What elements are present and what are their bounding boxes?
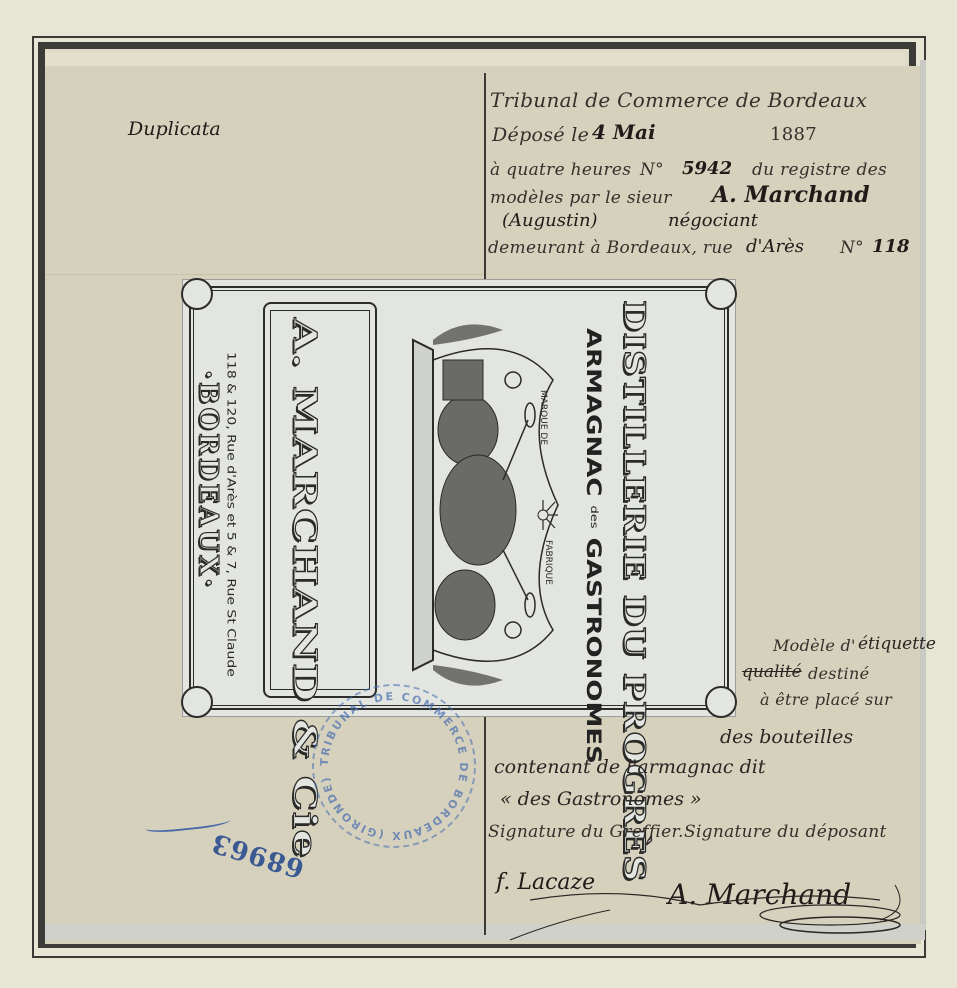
trademark-top-text: MARQUE DE (538, 390, 548, 445)
placed-on-label: à être placé sur (760, 690, 892, 709)
address-street: d'Arès (746, 236, 804, 257)
tribunal-stamp: TRIBUNAL DE COMMERCE DE BORDEAUX (GIROND… (312, 684, 476, 848)
armagnac-label: DISTILLERIE DU PROGRÈS ARMAGNAC des GAST… (182, 279, 736, 717)
stamp-text: TRIBUNAL DE COMMERCE DE BORDEAUX (GIROND… (318, 690, 470, 842)
destined-label: destiné (808, 664, 869, 683)
depositor-trade: négociant (668, 210, 758, 231)
company-address: 118 & 120, Rue d'Arès et 5 & 7, Rue St C… (224, 352, 238, 677)
allegorical-vignette-icon (393, 320, 573, 690)
depositor-given-name: (Augustin) (502, 210, 598, 231)
paper-fold-line (45, 274, 485, 275)
svg-text:TRIBUNAL DE COMMERCE DE BORDEA: TRIBUNAL DE COMMERCE DE BORDEAUX (GIROND… (318, 690, 470, 842)
corner-ornament-icon (705, 278, 737, 310)
containing-text: contenant de l'armagnac dit (494, 756, 765, 778)
register-suffix: du registre des (752, 160, 887, 180)
corner-ornament-icon (181, 278, 213, 310)
corner-ornament-icon (181, 686, 213, 718)
label-subtitle-main: ARMAGNAC (582, 328, 605, 496)
model-qualifier: qualité (742, 662, 802, 682)
model-type: étiquette (858, 634, 936, 654)
label-subtitle-small: des (588, 506, 599, 529)
address-number: 118 (872, 236, 910, 257)
product-name-text: « des Gastronomes » (500, 788, 702, 810)
model-by-label: modèles par le sieur (490, 188, 672, 208)
depositor-name: A. Marchand (712, 182, 870, 208)
deposit-year: 1887 (770, 124, 817, 145)
corner-ornament-icon (705, 686, 737, 718)
label-subtitle: ARMAGNAC des GASTRONOMES (582, 328, 605, 764)
duplicata-annotation: Duplicata (128, 118, 221, 140)
tribunal-title: Tribunal de Commerce de Bordeaux (490, 88, 867, 112)
number-label: N° (640, 160, 664, 180)
address-number-label: N° (840, 238, 864, 258)
right-edge-strip (920, 60, 926, 930)
model-label: Modèle d' (773, 636, 856, 655)
hour-label: à quatre heures (490, 160, 631, 180)
address-label: demeurant à Bordeaux, rue (488, 238, 733, 258)
label-subtitle-end: GASTRONOMES (582, 538, 605, 764)
deposant-signature-label: Signature du déposant (684, 822, 887, 842)
trademark-bottom-text: FABRIQUE (543, 540, 553, 585)
bottles-text: des bouteilles (720, 726, 853, 748)
company-city: ·BORDEAUX· (193, 370, 223, 590)
register-number: 5942 (682, 158, 732, 179)
signature-flourish-icon (500, 880, 920, 950)
deposit-label: Déposé le (492, 124, 589, 146)
deposit-date: 4 Mai (592, 120, 656, 144)
greffier-signature-label: Signature du Greffier. (488, 822, 684, 842)
